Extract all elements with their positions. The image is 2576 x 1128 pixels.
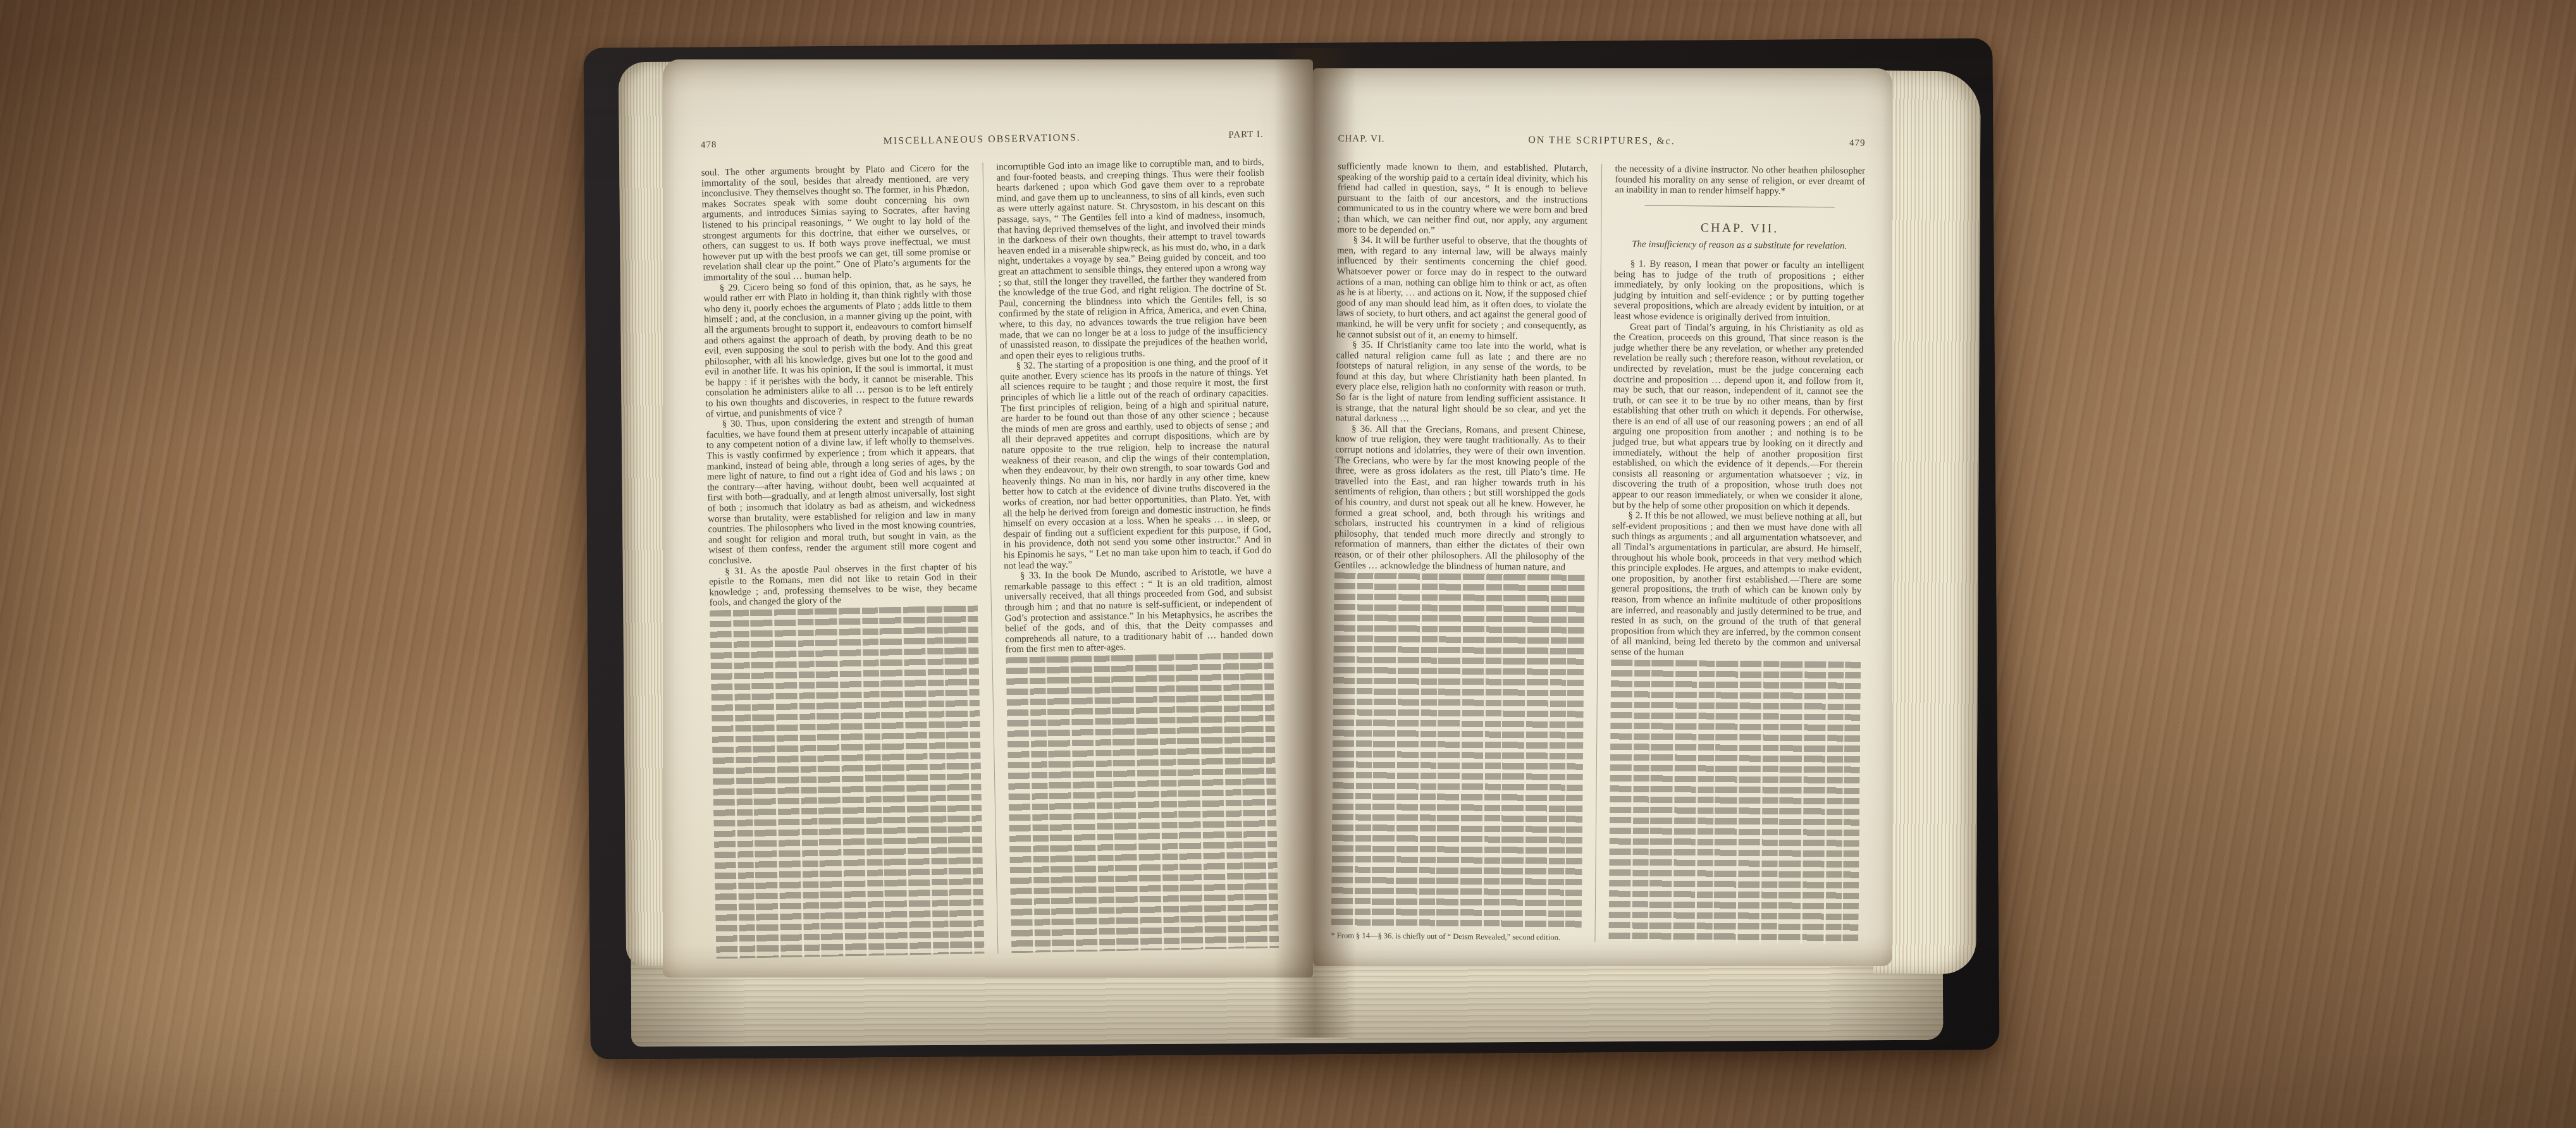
right-page: CHAP. VI. ON THE SCRIPTURES, &c. 479 suf…: [1313, 68, 1892, 966]
right-page-column-2: the necessity of a divine instructor. No…: [1594, 164, 1865, 945]
right-page-number: 479: [1796, 138, 1865, 149]
footnote: * From § 14—§ 36. is chiefly out of “ De…: [1331, 931, 1581, 941]
paragraph: § 30. Thus, upon considering the extent …: [706, 415, 977, 567]
paragraph: § 1. By reason, I mean that power or fac…: [1613, 259, 1864, 324]
right-column-2-text: § 1. By reason, I mean that power or fac…: [1611, 259, 1864, 659]
illegible-text-fill: [1006, 652, 1279, 953]
chapter-heading: CHAP. VII.: [1615, 222, 1865, 235]
paragraph: § 36. All that the Grecians, Romans, and…: [1334, 424, 1586, 573]
right-page-columns: sufficiently made known to them, and est…: [1331, 161, 1865, 944]
left-page-number: 478: [701, 139, 770, 151]
photo-of-open-book-on-wooden-table: { "scene": { "colors": { "wood": "#8d6b4…: [0, 0, 2576, 1128]
chapter-subtitle: The insufficiency of reason as a substit…: [1614, 240, 1864, 252]
right-running-head: CHAP. VI. ON THE SCRIPTURES, &c. 479: [1338, 133, 1865, 149]
illegible-text-fill: [1331, 573, 1584, 928]
right-column-1-text: sufficiently made known to them, and est…: [1334, 161, 1588, 573]
open-book: 478 MISCELLANEOUS OBSERVATIONS. PART I. …: [587, 43, 1996, 1055]
running-head-title: MISCELLANEOUS OBSERVATIONS.: [770, 130, 1194, 150]
paragraph: soul. The other arguments brought by Pla…: [701, 163, 971, 284]
paragraph: § 29. Cicero being so fond of this opini…: [703, 278, 974, 420]
paragraph: § 2. If this be not allowed, we must bel…: [1611, 510, 1863, 659]
paragraph: § 33. In the book De Mundo, ascribed to …: [1004, 567, 1273, 656]
paragraph: § 35. If Christianity came too late into…: [1336, 340, 1587, 426]
running-head-title: ON THE SCRIPTURES, &c.: [1407, 133, 1796, 148]
paragraph: § 32. The starting of a proposition is o…: [1000, 357, 1272, 572]
right-page-column-1: sufficiently made known to them, and est…: [1331, 161, 1601, 942]
left-column-1-text: soul. The other arguments brought by Pla…: [701, 163, 978, 609]
left-page-column-2: incorruptible God into an image like to …: [982, 157, 1279, 953]
paragraph: incorruptible God into an image like to …: [996, 157, 1267, 362]
left-running-head: 478 MISCELLANEOUS OBSERVATIONS. PART I.: [701, 129, 1264, 151]
illegible-text-fill: [710, 605, 984, 959]
part-label: PART I.: [1194, 130, 1264, 142]
paragraph: Great part of Tindal’s arguing, in his C…: [1612, 322, 1864, 513]
chapter-label: CHAP. VI.: [1338, 133, 1407, 145]
paragraph: § 31. As the apostle Paul observes in th…: [709, 561, 978, 608]
left-page: 478 MISCELLANEOUS OBSERVATIONS. PART I. …: [663, 59, 1313, 978]
chapter-six-closing-paragraph: the necessity of a divine instructor. No…: [1615, 164, 1865, 197]
paragraph: sufficiently made known to them, and est…: [1337, 161, 1587, 237]
illegible-text-fill: [1608, 659, 1861, 945]
left-column-2-text: incorruptible God into an image like to …: [996, 157, 1273, 656]
chapter-divider-rule: [1645, 205, 1835, 207]
left-page-column-1: soul. The other arguments brought by Pla…: [701, 162, 997, 959]
paragraph: § 34. It will be further useful to obser…: [1336, 235, 1587, 342]
left-page-columns: soul. The other arguments brought by Pla…: [701, 157, 1279, 959]
